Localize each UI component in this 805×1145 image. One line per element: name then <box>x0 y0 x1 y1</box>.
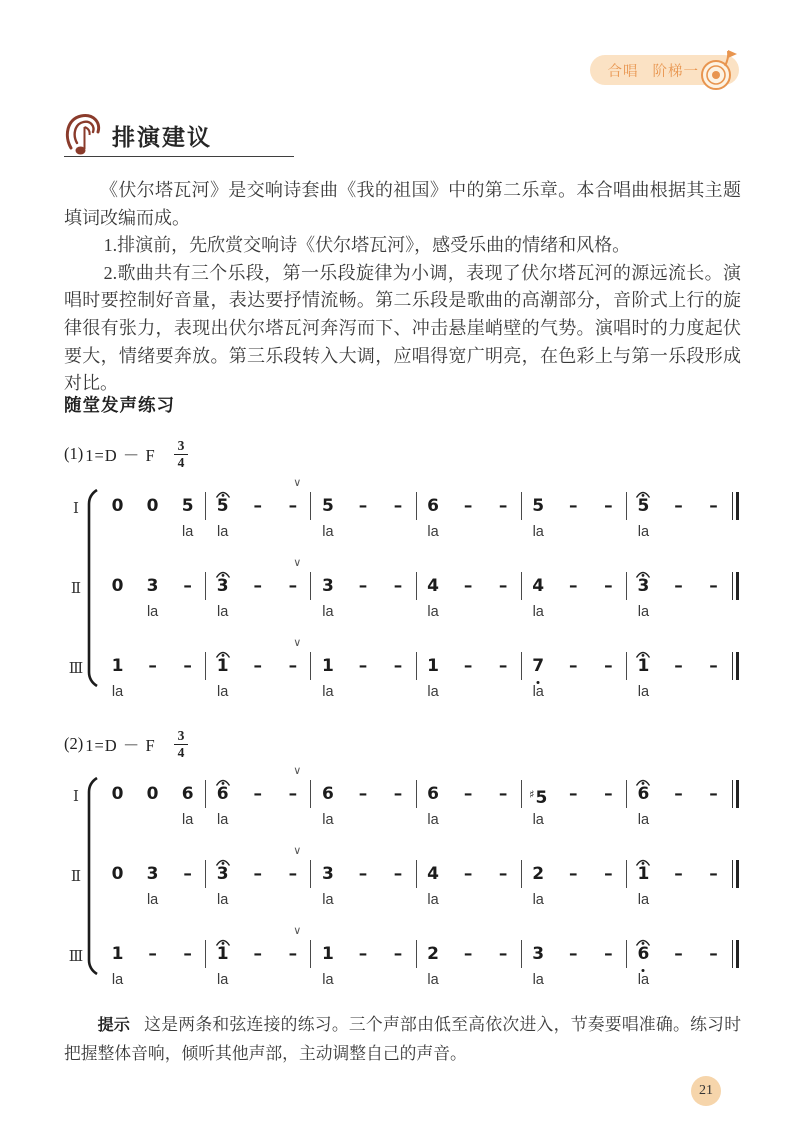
voice-row: Ⅲ1––la∨1––la1––la2––la3––la6––la <box>64 931 741 991</box>
note-cells: 1–– <box>100 931 205 967</box>
note-cell: 4 <box>416 863 451 887</box>
lyric-row: la <box>416 524 521 543</box>
note-cell: – <box>696 495 731 519</box>
measures-row: 03–la∨3––la3––la4––la2––la1––la <box>100 851 741 911</box>
lyric <box>170 972 205 991</box>
lyric: la <box>626 972 661 991</box>
fermata-icon <box>215 563 231 573</box>
measure: 5––la <box>521 483 626 543</box>
lyric: la <box>416 524 451 543</box>
note-cell: – <box>345 783 380 807</box>
note-cell: 6 <box>310 783 345 807</box>
note-cells: 03– <box>100 851 205 887</box>
measure: 3––la <box>521 931 626 991</box>
breath-mark-icon: ∨ <box>293 636 301 649</box>
note-cells: 6–– <box>310 771 415 807</box>
time-signature-top: 3 <box>174 729 189 745</box>
note-cell: 6 <box>416 783 451 807</box>
lyric: la <box>310 812 345 831</box>
lyric: la <box>416 684 451 703</box>
tip-label: 提示 <box>98 1017 131 1034</box>
note-cell: – <box>661 783 696 807</box>
measure: 2––la <box>521 851 626 911</box>
note-cell: 0 <box>100 783 135 807</box>
voice-row: Ⅱ03–la∨3––la3––la4––la4––la3––la <box>64 563 741 623</box>
system-bracket <box>86 489 99 692</box>
lyric: la <box>205 972 240 991</box>
lyric: la <box>626 604 661 623</box>
vocal-exercises-area: (1)1=D － F34Ⅰ005la∨5––la5––la6––la5––la5… <box>64 437 741 1011</box>
note-cell: – <box>696 863 731 887</box>
note-cell: 1 <box>626 863 661 887</box>
page-number-badge: 21 <box>691 1076 721 1106</box>
note-cell: – <box>240 495 275 519</box>
note-cell: – <box>696 655 731 679</box>
tip-paragraph: 提示这是两条和弦连接的练习。三个声部由低至高依次进入，节奏要唱准确。练习时把握整… <box>64 1011 741 1067</box>
note-cell: 3 <box>310 863 345 887</box>
note-cell: – <box>451 863 486 887</box>
voice-row: Ⅰ006la∨6––la6––la6––la♯5––la6––la <box>64 771 741 831</box>
lyric <box>591 684 626 703</box>
lyric-row: la <box>205 684 310 703</box>
note-cell: – <box>661 863 696 887</box>
voice-label: Ⅱ <box>64 851 88 911</box>
lyric-row: la <box>205 892 310 911</box>
lyric <box>275 972 310 991</box>
lyric <box>100 524 135 543</box>
note-cell: 1 <box>205 655 240 679</box>
measure: 4––la <box>521 563 626 623</box>
note-cell: 3 <box>310 575 345 599</box>
lyric <box>345 972 380 991</box>
voice-row: Ⅲ1––la∨1––la1––la1––la7––la1––la <box>64 643 741 703</box>
note-cell: – <box>275 655 310 679</box>
note-cell: – <box>661 943 696 967</box>
fermata-icon <box>215 483 231 493</box>
lyric: la <box>205 812 240 831</box>
measure: ∨1––la <box>205 931 310 991</box>
key-text: 1=D － F <box>85 732 155 756</box>
note-cell: 5 <box>626 495 661 519</box>
note-cell: – <box>591 943 626 967</box>
note-cell: – <box>556 863 591 887</box>
measures-row: 1––la∨1––la1––la1––la7––la1––la <box>100 643 741 703</box>
measure: 2––la <box>416 931 521 991</box>
note-cell: 0 <box>100 575 135 599</box>
note-cell: 1 <box>205 943 240 967</box>
key-text: 1=D － F <box>85 442 155 466</box>
measure: 3––la <box>626 563 731 623</box>
measure: 1––la <box>310 931 415 991</box>
note-cell: – <box>275 943 310 967</box>
note-cell: – <box>380 495 415 519</box>
lyric: la <box>205 892 240 911</box>
note-cell: – <box>696 943 731 967</box>
note-cell: 1 <box>310 655 345 679</box>
lyric <box>240 524 275 543</box>
lyric <box>556 604 591 623</box>
lyric: la <box>521 604 556 623</box>
note-cell: – <box>696 783 731 807</box>
note-cell: 2 <box>521 863 556 887</box>
measure: 6––la <box>416 483 521 543</box>
measure: ∨3––la <box>205 851 310 911</box>
lyric <box>240 972 275 991</box>
intro-text: 《伏尔塔瓦河》是交响诗套曲《我的祖国》中的第二乐章。本合唱曲根据其主题填词改编而… <box>64 177 741 398</box>
lyric-row: la <box>626 812 731 831</box>
note-cells: 1–– <box>626 851 731 887</box>
note-cell: – <box>451 575 486 599</box>
lyric-row: la <box>100 892 205 911</box>
lyric <box>380 604 415 623</box>
lyric <box>100 812 135 831</box>
note-cell: – <box>451 783 486 807</box>
note-cells: 1–– <box>310 643 415 679</box>
lyric-row: la <box>310 604 415 623</box>
lyric <box>451 604 486 623</box>
note-cell: – <box>275 783 310 807</box>
lyric <box>591 812 626 831</box>
note-cell: – <box>345 943 380 967</box>
lyric <box>591 972 626 991</box>
chapter-badge: 合唱阶梯一 <box>590 55 740 85</box>
lyric: la <box>416 972 451 991</box>
fermata-icon <box>635 771 651 781</box>
note-cells: 7–– <box>521 643 626 679</box>
note-cell: – <box>696 575 731 599</box>
low-octave-dot <box>642 969 645 972</box>
note-cell: – <box>380 575 415 599</box>
key-signature-line: (1)1=D － F34 <box>64 437 741 471</box>
lyric <box>696 892 731 911</box>
measure: ∨1––la <box>205 643 310 703</box>
lyric <box>345 892 380 911</box>
system-bracket <box>86 777 99 980</box>
lyric <box>696 684 731 703</box>
note-cells: 4–– <box>521 563 626 599</box>
lyric: la <box>521 812 556 831</box>
intro-paragraph: 《伏尔塔瓦河》是交响诗套曲《我的祖国》中的第二乐章。本合唱曲根据其主题填词改编而… <box>64 177 741 232</box>
measures-row: 006la∨6––la6––la6––la♯5––la6––la <box>100 771 741 831</box>
measure: 4––la <box>416 851 521 911</box>
lyric-row: la <box>310 524 415 543</box>
note-cell: – <box>240 943 275 967</box>
note-cell: – <box>451 943 486 967</box>
lyric-row: la <box>100 972 205 991</box>
note-cell: 3 <box>135 575 170 599</box>
fermata-icon <box>635 563 651 573</box>
note-cell: – <box>240 783 275 807</box>
lyric <box>345 604 380 623</box>
lyric: la <box>310 684 345 703</box>
measure: 3––la <box>310 563 415 623</box>
measure: 03–la <box>100 563 205 623</box>
note-cell: 5 <box>521 495 556 519</box>
measure: ∨6––la <box>205 771 310 831</box>
measure: 1––la <box>100 643 205 703</box>
fermata-icon <box>635 483 651 493</box>
lyric <box>275 684 310 703</box>
note-cell: ♯5 <box>521 783 556 807</box>
final-barline <box>731 643 741 703</box>
note-cell: 5 <box>310 495 345 519</box>
fermata-icon <box>635 643 651 653</box>
lyric: la <box>205 524 240 543</box>
note-cell: – <box>556 943 591 967</box>
lyric-row: la <box>521 812 626 831</box>
note-cell: – <box>486 943 521 967</box>
breath-mark-icon: ∨ <box>293 556 301 569</box>
lyric: la <box>521 892 556 911</box>
note-cell: – <box>345 495 380 519</box>
score-system: Ⅰ005la∨5––la5––la6––la5––la5––laⅡ03–la∨3… <box>64 483 741 703</box>
note-cell: – <box>661 575 696 599</box>
note-cell: – <box>135 655 170 679</box>
time-signature-bottom: 4 <box>174 745 189 760</box>
note-cell: – <box>591 495 626 519</box>
lyric <box>345 524 380 543</box>
voice-row: Ⅰ005la∨5––la5––la6––la5––la5––la <box>64 483 741 543</box>
note-cells: 6–– <box>416 483 521 519</box>
lyric-row: la <box>626 972 731 991</box>
voice-label: Ⅰ <box>64 771 88 831</box>
measure: 6––la <box>416 771 521 831</box>
lyric <box>661 604 696 623</box>
lyric <box>135 972 170 991</box>
note-cell: – <box>275 575 310 599</box>
note-cells: 5–– <box>626 483 731 519</box>
note-cells: 3–– <box>310 563 415 599</box>
measure: 006la <box>100 771 205 831</box>
measure: 4––la <box>416 563 521 623</box>
lyric: la <box>170 524 205 543</box>
lyric <box>486 812 521 831</box>
lyric-row: la <box>521 684 626 703</box>
note-cell: – <box>275 863 310 887</box>
note-cell: – <box>486 495 521 519</box>
lyric <box>661 684 696 703</box>
note-cell: – <box>170 863 205 887</box>
lyric <box>696 812 731 831</box>
exercise-label: (1) <box>64 444 83 464</box>
lyric <box>556 972 591 991</box>
note-cell: – <box>240 863 275 887</box>
lyric <box>696 524 731 543</box>
measure: 6––la <box>310 771 415 831</box>
note-cell: 7 <box>521 655 556 679</box>
lyric: la <box>521 684 556 703</box>
lyric <box>451 892 486 911</box>
note-cell: – <box>591 575 626 599</box>
time-signature-bottom: 4 <box>174 455 189 470</box>
fermata-icon <box>215 851 231 861</box>
lyric: la <box>310 892 345 911</box>
note-cells: 1–– <box>310 931 415 967</box>
lyric-row: la <box>310 684 415 703</box>
note-cell: – <box>556 783 591 807</box>
note-cells: 006 <box>100 771 205 807</box>
lyric <box>661 892 696 911</box>
note-cell: – <box>486 863 521 887</box>
note-cells: 5–– <box>521 483 626 519</box>
note-cell: – <box>345 655 380 679</box>
note-cells: 4–– <box>416 851 521 887</box>
lyric <box>591 604 626 623</box>
lyric-row: la <box>521 892 626 911</box>
note-cell: 1 <box>310 943 345 967</box>
lyric <box>486 684 521 703</box>
note-cell: – <box>240 575 275 599</box>
lyric <box>380 892 415 911</box>
lyric-row: la <box>626 892 731 911</box>
measure: 7––la <box>521 643 626 703</box>
step-1-paragraph: 1.排演前，先欣赏交响诗《伏尔塔瓦河》，感受乐曲的情绪和风格。 <box>64 232 741 260</box>
exercise-label: (2) <box>64 734 83 754</box>
badge-text-level: 阶梯一 <box>653 60 700 81</box>
note-cell: – <box>451 655 486 679</box>
note-cell: 3 <box>521 943 556 967</box>
final-barline <box>731 931 741 991</box>
measure: ∨3––la <box>205 563 310 623</box>
lyric <box>240 684 275 703</box>
note-cell: – <box>380 863 415 887</box>
lyric: la <box>310 972 345 991</box>
lyric <box>591 524 626 543</box>
lyric <box>135 524 170 543</box>
note-cell: 6 <box>626 783 661 807</box>
note-cell: – <box>380 943 415 967</box>
note-cell: – <box>591 783 626 807</box>
note-cells: 5–– <box>310 483 415 519</box>
note-cells: 1–– <box>416 643 521 679</box>
note-cells: 6–– <box>416 771 521 807</box>
lyric: la <box>310 524 345 543</box>
badge-text-choir: 合唱 <box>608 60 639 81</box>
measure: ∨5––la <box>205 483 310 543</box>
lyric <box>486 892 521 911</box>
lyric: la <box>416 604 451 623</box>
note-cell: 2 <box>416 943 451 967</box>
lyric <box>556 684 591 703</box>
lyric: la <box>626 812 661 831</box>
lyric-row: la <box>416 812 521 831</box>
note-cell: 1 <box>100 943 135 967</box>
note-cell: 4 <box>416 575 451 599</box>
note-cell: 1 <box>100 655 135 679</box>
step-2-paragraph: 2.歌曲共有三个乐段，第一乐段旋律为小调，表现了伏尔塔瓦河的源远流长。演唱时要控… <box>64 260 741 398</box>
lyric <box>380 972 415 991</box>
note-cell: – <box>486 575 521 599</box>
lyric-row: la <box>416 604 521 623</box>
measure: 3––la <box>310 851 415 911</box>
note-cell: 1 <box>626 655 661 679</box>
ear-note-icon <box>64 111 104 158</box>
note-cells: 1–– <box>626 643 731 679</box>
lyric <box>661 972 696 991</box>
lyric <box>170 684 205 703</box>
note-cell: – <box>591 655 626 679</box>
note-cell: 3 <box>135 863 170 887</box>
note-cells: 005 <box>100 483 205 519</box>
note-cell: 6 <box>416 495 451 519</box>
lyric-row: la <box>626 524 731 543</box>
breath-mark-icon: ∨ <box>293 924 301 937</box>
fermata-icon <box>635 851 651 861</box>
lyric <box>486 972 521 991</box>
lyric: la <box>416 892 451 911</box>
note-cell: 4 <box>521 575 556 599</box>
measure: 1––la <box>100 931 205 991</box>
lyric: la <box>626 524 661 543</box>
measure: 1––la <box>416 643 521 703</box>
key-signature-line: (2)1=D － F34 <box>64 727 741 761</box>
measure: 005la <box>100 483 205 543</box>
lyric: la <box>100 684 135 703</box>
note-cell: 1 <box>416 655 451 679</box>
lyric: la <box>135 892 170 911</box>
note-cells: 2–– <box>521 851 626 887</box>
note-cell: – <box>275 495 310 519</box>
fermata-icon <box>215 771 231 781</box>
final-barline <box>731 483 741 543</box>
time-signature: 34 <box>174 729 189 760</box>
lyric-row: la <box>310 892 415 911</box>
lyric-row: la <box>416 684 521 703</box>
note-cell: 3 <box>205 575 240 599</box>
breath-mark-icon: ∨ <box>293 844 301 857</box>
lyric-row: la <box>626 604 731 623</box>
measure: 5––la <box>310 483 415 543</box>
time-signature: 34 <box>174 439 189 470</box>
lyric <box>380 524 415 543</box>
note-cells: 4–– <box>416 563 521 599</box>
note-cell: – <box>486 655 521 679</box>
note-cells: 1–– <box>100 643 205 679</box>
measure: ♯5––la <box>521 771 626 831</box>
lyric: la <box>170 812 205 831</box>
lyric <box>696 972 731 991</box>
note-cells: 03– <box>100 563 205 599</box>
voice-row: Ⅱ03–la∨3––la3––la4––la2––la1––la <box>64 851 741 911</box>
measures-row: 005la∨5––la5––la6––la5––la5––la <box>100 483 741 543</box>
lyric <box>240 892 275 911</box>
fermata-icon <box>635 931 651 941</box>
note-cell: 6 <box>205 783 240 807</box>
score-system: Ⅰ006la∨6––la6––la6––la♯5––la6––laⅡ03–la∨… <box>64 771 741 991</box>
lyric: la <box>100 972 135 991</box>
note-cells: 3–– <box>521 931 626 967</box>
note-cell: – <box>135 943 170 967</box>
final-barline <box>731 771 741 831</box>
lyric <box>345 684 380 703</box>
lyric <box>486 604 521 623</box>
measure: 03–la <box>100 851 205 911</box>
note-cells: 3–– <box>310 851 415 887</box>
lyric: la <box>205 684 240 703</box>
note-cell: 6 <box>626 943 661 967</box>
measure: 1––la <box>626 851 731 911</box>
lyric: la <box>205 604 240 623</box>
lyric-row: la <box>521 524 626 543</box>
note-cell: – <box>451 495 486 519</box>
lyric <box>275 892 310 911</box>
lyric-row: la <box>205 812 310 831</box>
measure: 1––la <box>310 643 415 703</box>
measures-row: 1––la∨1––la1––la2––la3––la6––la <box>100 931 741 991</box>
lyric-row: la <box>100 604 205 623</box>
note-cell: – <box>345 863 380 887</box>
breath-mark-icon: ∨ <box>293 476 301 489</box>
